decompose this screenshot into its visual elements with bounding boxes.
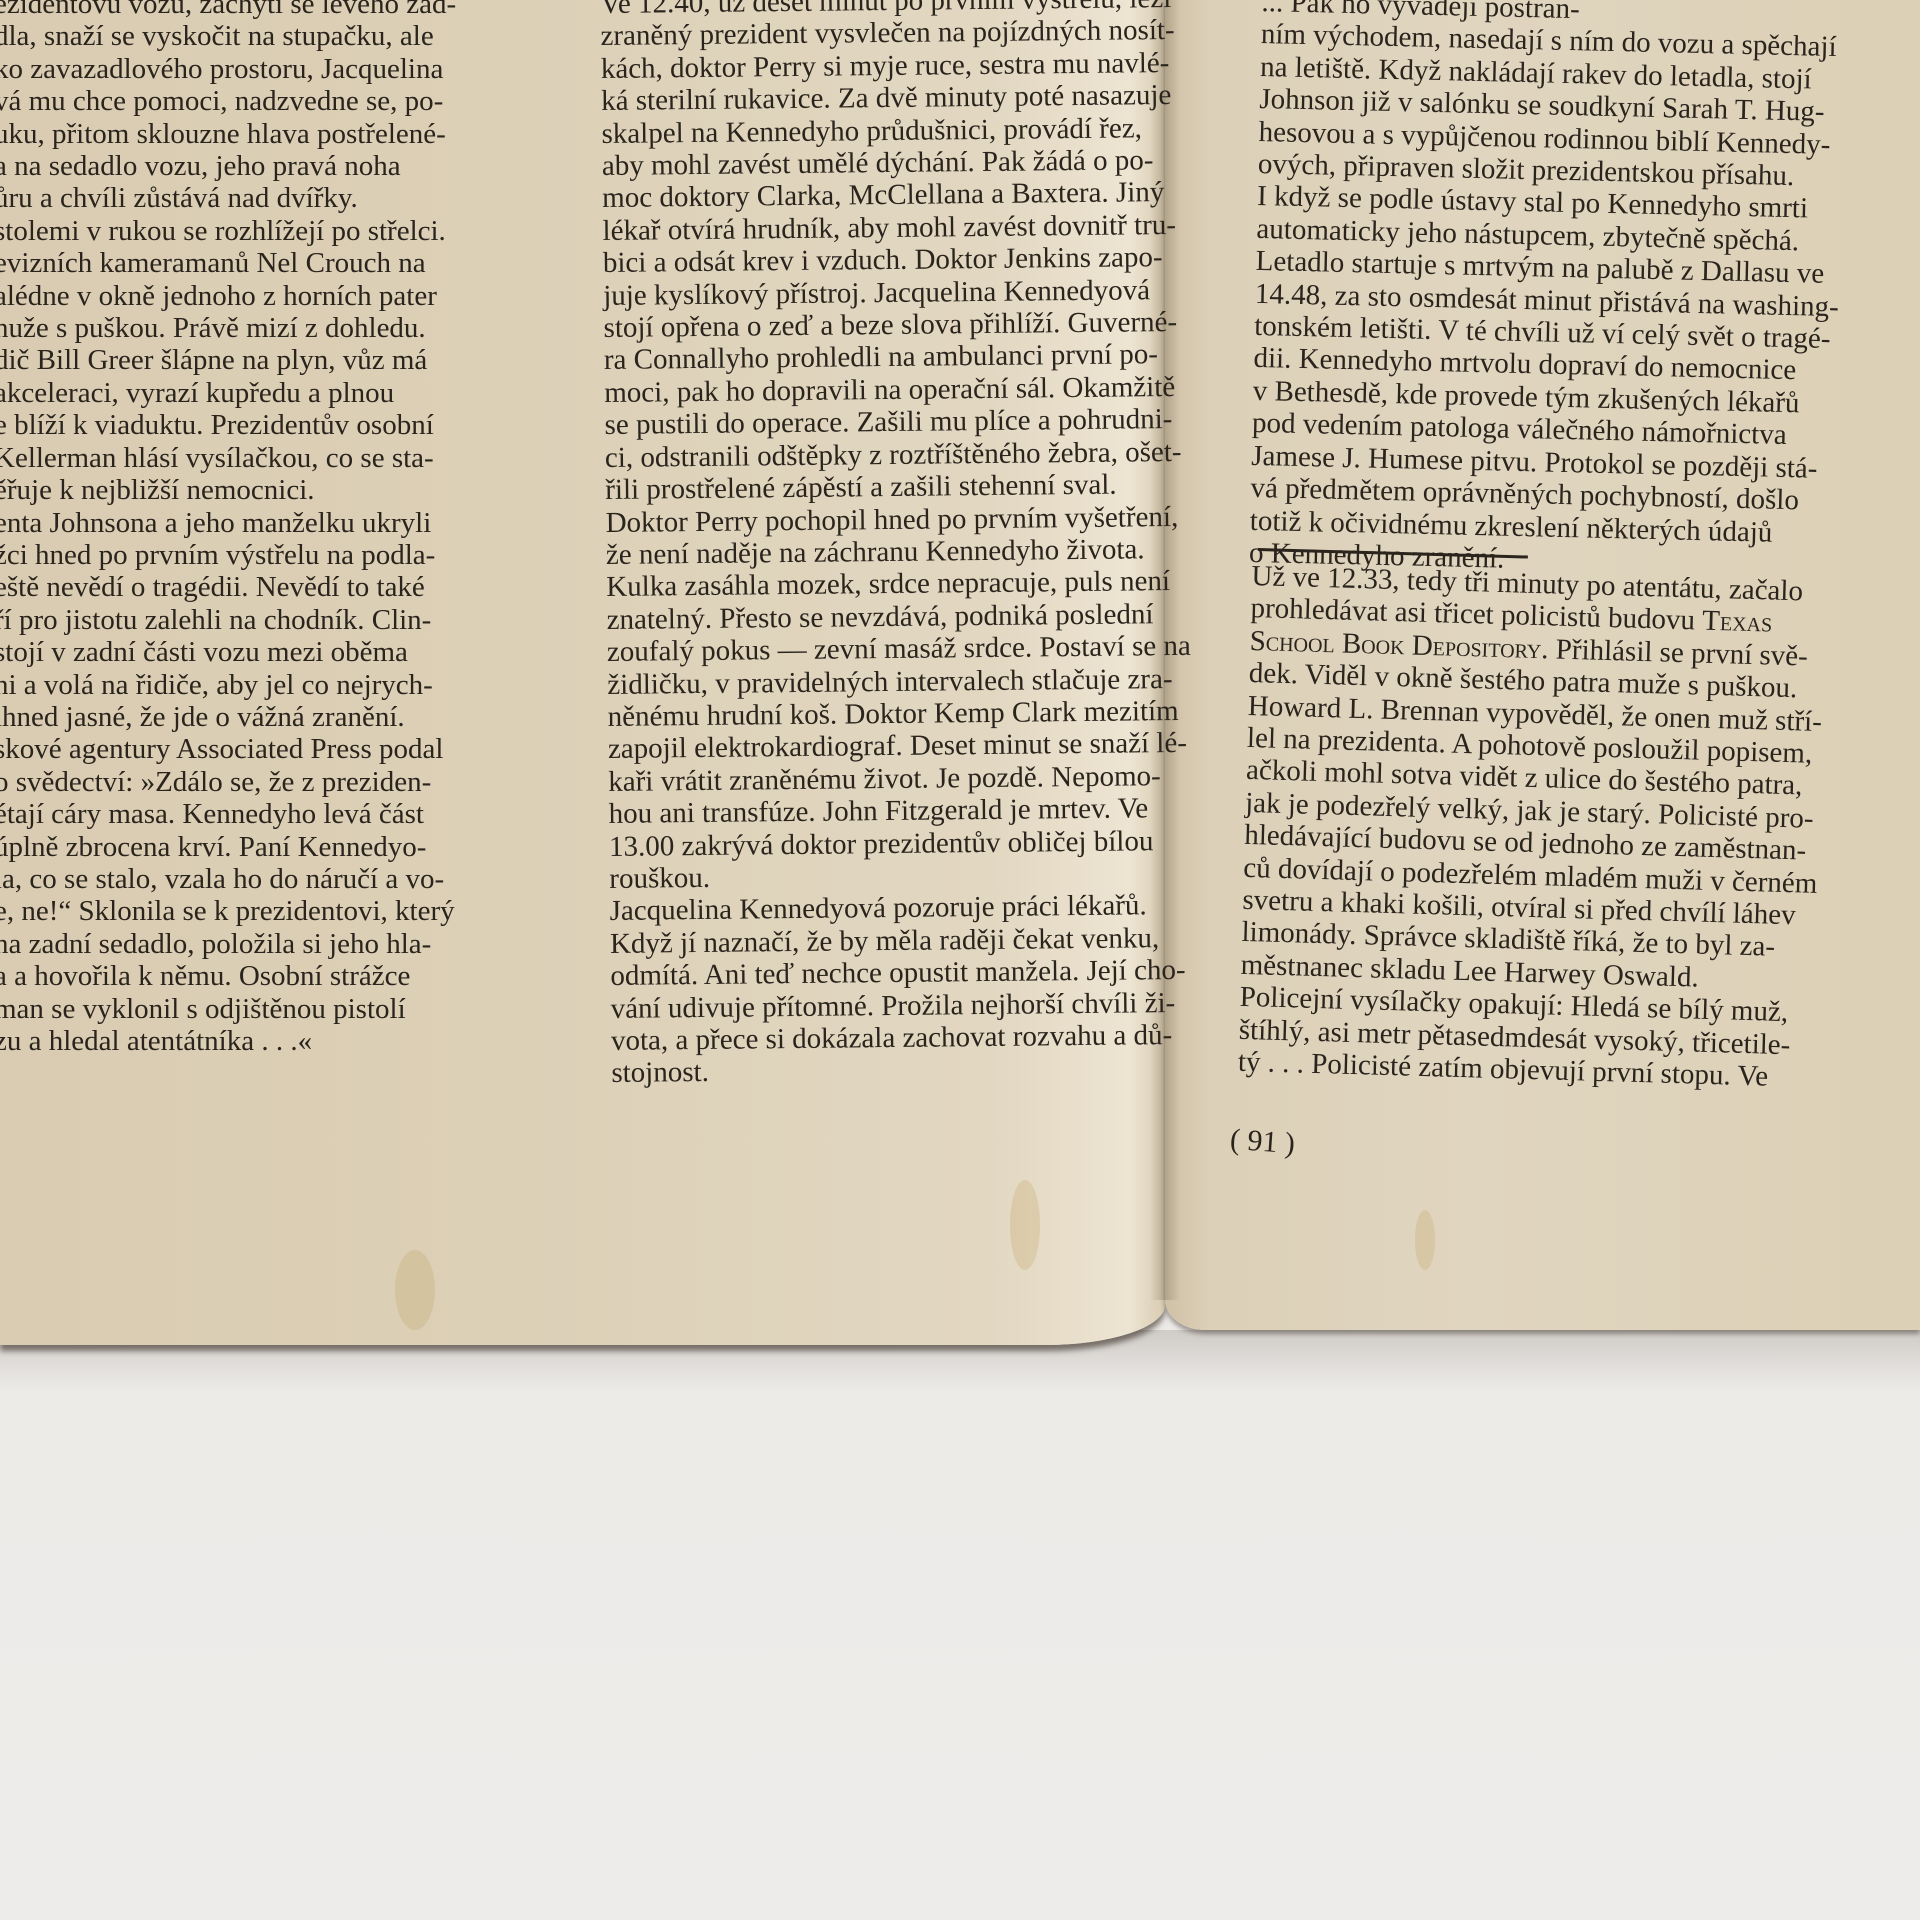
text-line: ihned jasné, že jde o vážná zranění. bbox=[0, 701, 494, 733]
text-line: stolemi v rukou se rozhlížejí po střelci… bbox=[0, 215, 494, 247]
text-line: úplně zbrocena krví. Paní Kennedyo- bbox=[0, 831, 494, 863]
text-line: o svědectví: »Zdálo se, že z preziden- bbox=[0, 766, 494, 798]
left-column-text: ezidentovu vozu, zachytí se levého zad-d… bbox=[0, 0, 494, 1057]
text-line: evizních kameramanů Nel Crouch na bbox=[0, 247, 494, 279]
text-line: ezidentovu vozu, zachytí se levého zad- bbox=[0, 0, 494, 20]
page-number: ( 91 ) bbox=[1229, 1123, 1296, 1161]
text-line: vá mu chce pomoci, nadzvedne se, po- bbox=[0, 85, 494, 117]
text-line: a na sedadlo vozu, jeho pravá noha bbox=[0, 150, 494, 182]
text-line: eště nevědí o tragédii. Nevědí to také bbox=[0, 571, 494, 603]
text-line: ko zavazadlového prostoru, Jacquelina bbox=[0, 53, 494, 85]
text-line: e blíží k viaduktu. Prezidentův osobní bbox=[0, 409, 494, 441]
text-line: ří pro jistotu zalehli na chodník. Clin- bbox=[0, 604, 494, 636]
paper-stain bbox=[1415, 1210, 1435, 1270]
text-line: dič Bill Greer šlápne na plyn, vůz má bbox=[0, 344, 494, 376]
smallcaps-text: Texas bbox=[1702, 605, 1773, 639]
section-2-lines: dek. Viděl v okně šestého patra muže s p… bbox=[1238, 657, 1890, 1096]
text-line: stojí v zadní části vozu mezi oběma bbox=[0, 636, 494, 668]
right-column-text-section-2: Už ve 12.33, tedy tři minuty po atentátu… bbox=[1238, 560, 1892, 1096]
text-line: dla, snaží se vyskočit na stupačku, ale bbox=[0, 20, 494, 52]
text-line: la, co se stalo, vzala ho do náručí a vo… bbox=[0, 863, 494, 895]
text-line: vota, a přece si dokázala zachovat rozva… bbox=[611, 1019, 1211, 1058]
text-line: alédne v okně jednoho z horních pater bbox=[0, 280, 494, 312]
text-line: nuže s puškou. Právě mizí z dohledu. bbox=[0, 312, 494, 344]
text-line: akceleraci, vyrazí kupředu a plnou bbox=[0, 377, 494, 409]
text-line: a a hovořila k němu. Osobní strážce bbox=[0, 960, 494, 992]
text-line: skové agentury Associated Press podal bbox=[0, 733, 494, 765]
text-line: stojnost. bbox=[611, 1051, 1211, 1090]
text-line: étají cáry masa. Kennedyho levá část bbox=[0, 798, 494, 830]
text-line: zu a hledal atentátníka . . .« bbox=[0, 1025, 494, 1057]
text-line: žci hned po prvním výstřelu na podla- bbox=[0, 539, 494, 571]
text-line: na zadní sedadlo, položila si jeho hla- bbox=[0, 928, 494, 960]
middle-column-text: Ve 12.40, už deset minut po prvním výstř… bbox=[600, 0, 1212, 1090]
paper-stain bbox=[1010, 1180, 1040, 1270]
text-line: ni a volá na řidiče, aby jel co nejrych- bbox=[0, 669, 494, 701]
text-line: enta Johnsona a jeho manželku ukryli bbox=[0, 507, 494, 539]
text-line: 13.00 zakrývá doktor prezidentův obličej… bbox=[609, 824, 1209, 863]
text-line: e, ne!“ Sklonila se k prezidentovi, kter… bbox=[0, 895, 494, 927]
text-line: ůru a chvíli zůstává nad dvířky. bbox=[0, 182, 494, 214]
right-column-text-section-1: ... Pak ho vyvádějí postran-ním východem… bbox=[1249, 0, 1902, 584]
text-line: ěřuje k nejbližší nemocnici. bbox=[0, 474, 494, 506]
text-line: Kellerman hlásí vysílačkou, co se sta- bbox=[0, 442, 494, 474]
text-line: uku, přitom sklouzne hlava postřelené- bbox=[0, 118, 494, 150]
text-line: man se vyklonil s odjištěnou pistolí bbox=[0, 993, 494, 1025]
paper-stain bbox=[395, 1250, 435, 1330]
